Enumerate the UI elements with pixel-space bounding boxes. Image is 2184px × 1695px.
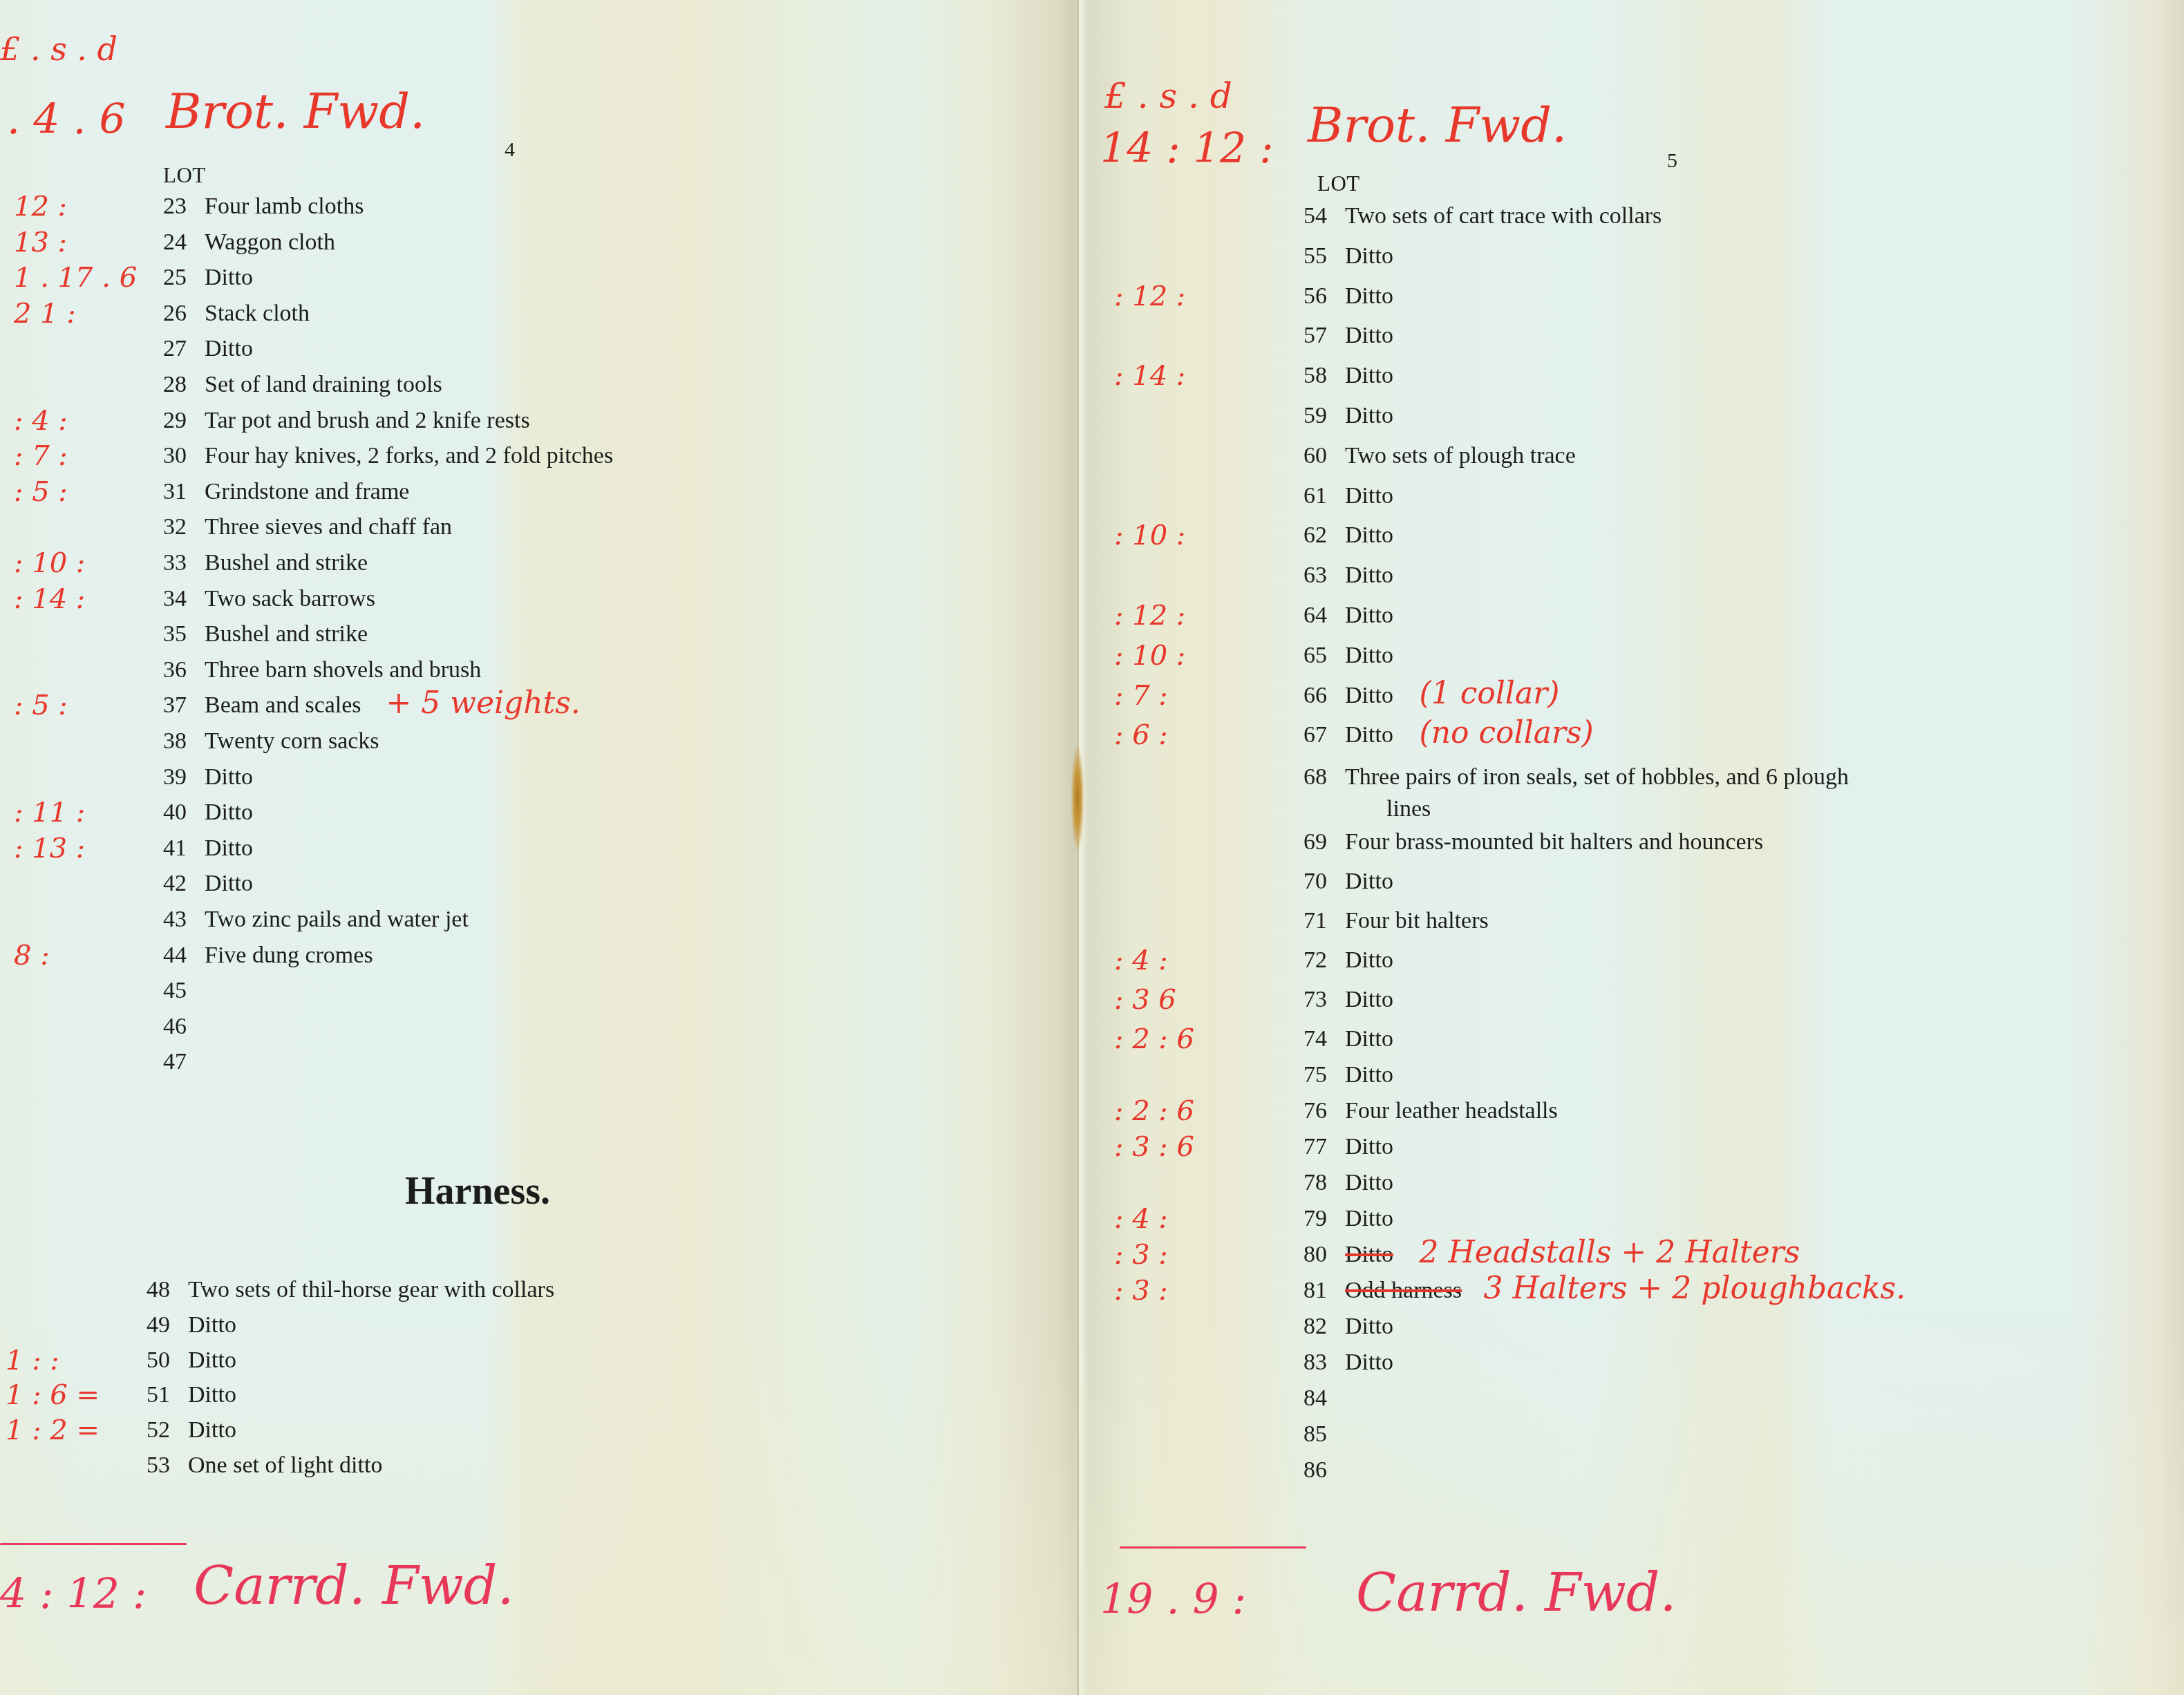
lot-number: 31: [163, 479, 205, 505]
lot-description: Tar pot and brush and 2 knife rests: [205, 408, 530, 434]
lot-number: 63: [1303, 562, 1345, 589]
total-rule: [1120, 1546, 1306, 1549]
lot-description: Ditto: [1345, 683, 1393, 709]
lot-number: 69: [1303, 829, 1345, 855]
handwritten-price: 1 . 17 . 6: [14, 262, 137, 294]
handwritten-price: : 2 : 6: [1114, 1023, 1194, 1055]
lot-number: 70: [1303, 869, 1345, 895]
handwritten-price: : 10 :: [14, 547, 85, 579]
lot-description: Ditto: [205, 835, 253, 862]
handwritten-annotation: (1 collar): [1420, 676, 1560, 711]
lot-number: 86: [1303, 1457, 1345, 1484]
lot-number: 76: [1303, 1098, 1345, 1124]
lot-description: Three sieves and chaff fan: [205, 514, 452, 540]
lot-description: Ditto: [1345, 283, 1393, 310]
lot-number: 54: [1303, 203, 1345, 229]
handwritten-price: : 4 :: [14, 405, 68, 437]
lot-number: 46: [163, 1014, 205, 1040]
lot-description: Two sets of cart trace with collars: [1345, 203, 1661, 229]
brought-forward-amount: . 4 . 6: [7, 95, 126, 144]
lot-column-header: LOT: [1317, 171, 1360, 196]
lot-description: Ditto: [1345, 1314, 1393, 1340]
lot-number: 82: [1303, 1314, 1345, 1340]
lot-description: Ditto: [1345, 1026, 1393, 1052]
section-title-harness: Harness.: [405, 1169, 550, 1213]
lot-number: 59: [1303, 403, 1345, 429]
lot-number: 37: [163, 692, 205, 719]
lot-number: 84: [1303, 1385, 1345, 1412]
lot-description: Ditto: [1345, 1062, 1393, 1088]
right-page: £ . s . d 14 : 12 : Brot. Fwd. 5 LOT 54T…: [1080, 0, 2184, 1695]
lot-description: Four leather headstalls: [1345, 1098, 1558, 1124]
lot-number: 65: [1303, 643, 1345, 669]
lot-number: 51: [147, 1382, 188, 1408]
handwritten-price: 13 :: [14, 227, 67, 258]
lot-description: Stack cloth: [205, 301, 310, 327]
lot-number: 45: [163, 978, 205, 1004]
handwritten-price: : 6 :: [1114, 719, 1168, 751]
lot-number: 23: [163, 193, 205, 220]
lot-description: Odd harness: [1345, 1278, 1462, 1304]
handwritten-price: : 10 :: [1114, 640, 1185, 672]
handwritten-annotation: (no collars): [1420, 715, 1594, 750]
lot-number: 61: [1303, 483, 1345, 509]
lot-description: Ditto: [1345, 603, 1393, 629]
lot-number: 71: [1303, 908, 1345, 934]
lot-description: Set of land draining tools: [205, 372, 442, 398]
lot-description: Ditto: [205, 265, 253, 291]
handwritten-price: 1 : 6 =: [6, 1379, 100, 1411]
handwritten-price: : 12 :: [1114, 600, 1185, 632]
handwritten-price: : 14 :: [14, 583, 85, 615]
lot-description: Two zinc pails and water jet: [205, 907, 469, 933]
lot-description: Ditto: [205, 871, 253, 897]
lot-number: 58: [1303, 363, 1345, 389]
handwritten-annotation: 2 Headstalls + 2 Halters: [1420, 1235, 1800, 1270]
lot-number: 78: [1303, 1170, 1345, 1196]
lot-number: 24: [163, 229, 205, 256]
lot-description: Ditto: [1345, 1242, 1393, 1268]
handwritten-price: : 2 : 6: [1114, 1095, 1194, 1127]
lot-number: 26: [163, 301, 205, 327]
lot-number: 29: [163, 408, 205, 434]
lot-number: 62: [1303, 522, 1345, 549]
lot-description: Ditto: [188, 1312, 236, 1338]
lot-number: 81: [1303, 1278, 1345, 1304]
lot-number: 30: [163, 443, 205, 469]
handwritten-price: : 3 : 6: [1114, 1131, 1194, 1163]
lot-number: 55: [1303, 243, 1345, 269]
lot-description: Ditto: [205, 799, 253, 826]
brought-forward-label: Brot. Fwd.: [166, 83, 425, 140]
lot-description: Four bit halters: [1345, 908, 1489, 934]
page-number: 5: [1667, 149, 1677, 173]
handwritten-price: : 11 :: [14, 797, 85, 828]
lot-number: 28: [163, 372, 205, 398]
lot-number: 68: [1303, 764, 1345, 790]
lot-description: Ditto: [205, 764, 253, 790]
handwritten-annotation: + 5 weights.: [386, 685, 581, 721]
brought-forward-label: Brot. Fwd.: [1308, 97, 1567, 153]
lot-description: Ditto: [1345, 323, 1393, 349]
lot-description: Ditto: [1345, 562, 1393, 589]
lot-number: 48: [147, 1277, 188, 1303]
handwritten-price: : 14 :: [1114, 360, 1185, 392]
handwritten-price: : 7 :: [14, 440, 68, 472]
lot-number: 49: [147, 1312, 188, 1338]
lot-description: Ditto: [1345, 522, 1393, 549]
lot-number: 44: [163, 943, 205, 969]
lot-column-header: LOT: [163, 163, 206, 188]
lot-description: Beam and scales: [205, 692, 361, 719]
handwritten-price: : 7 :: [1114, 680, 1168, 712]
lot-description: Ditto: [1345, 722, 1393, 748]
currency-header: £ . s . d: [0, 30, 117, 68]
lot-number: 25: [163, 265, 205, 291]
handwritten-price: : 4 :: [1114, 945, 1168, 976]
lot-description: Bushel and strike: [205, 621, 368, 647]
carried-forward-label: Carrd. Fwd.: [1356, 1562, 1677, 1623]
handwritten-price: : 4 :: [1114, 1203, 1168, 1235]
lot-description: Ditto: [1345, 947, 1393, 974]
currency-header: £ . s . d: [1104, 76, 1232, 116]
lot-description: Four brass-mounted bit halters and hounc…: [1345, 829, 1763, 855]
lot-description: Four hay knives, 2 forks, and 2 fold pit…: [205, 443, 613, 469]
lot-number: 74: [1303, 1026, 1345, 1052]
lot-number: 53: [147, 1452, 188, 1479]
lot-number: 79: [1303, 1206, 1345, 1232]
total-rule: [0, 1543, 187, 1545]
lot-number: 35: [163, 621, 205, 647]
lot-number: 64: [1303, 603, 1345, 629]
lot-description: Grindstone and frame: [205, 479, 409, 505]
lot-number: 77: [1303, 1134, 1345, 1160]
lot-description: Ditto: [1345, 483, 1393, 509]
lot-description: Ditto: [1345, 1206, 1393, 1232]
lot-description: Ditto: [1345, 1134, 1393, 1160]
handwritten-price: : 13 :: [14, 833, 85, 864]
lot-description: Four lamb cloths: [205, 193, 364, 220]
lot-description: Ditto: [1345, 243, 1393, 269]
handwritten-price: : 3 :: [1114, 1239, 1168, 1271]
lot-number: 33: [163, 550, 205, 576]
lot-number: 32: [163, 514, 205, 540]
lot-number: 39: [163, 764, 205, 790]
lot-number: 47: [163, 1049, 205, 1075]
handwritten-price: : 3 6: [1114, 984, 1176, 1016]
lot-number: 38: [163, 728, 205, 755]
brought-forward-amount: 14 : 12 :: [1100, 124, 1273, 173]
lot-number: 60: [1303, 443, 1345, 469]
handwritten-price: : 5 :: [14, 690, 68, 721]
lot-number: 40: [163, 799, 205, 826]
carried-forward-amount: 19 . 9 :: [1100, 1575, 1246, 1624]
lot-number: 36: [163, 657, 205, 683]
lot-description: Three pairs of iron seals, set of hobble…: [1345, 764, 1849, 790]
lot-description: Twenty corn sacks: [205, 728, 379, 755]
lot-number: 42: [163, 871, 205, 897]
lot-number: 73: [1303, 987, 1345, 1013]
handwritten-price: : 3 :: [1114, 1275, 1168, 1307]
lot-number: 85: [1303, 1421, 1345, 1448]
handwritten-annotation: 3 Halters + 2 ploughbacks.: [1484, 1271, 1906, 1306]
lot-number: 75: [1303, 1062, 1345, 1088]
lot-description: Ditto: [1345, 987, 1393, 1013]
lot-number: 43: [163, 907, 205, 933]
lot-description: Ditto: [188, 1417, 236, 1443]
handwritten-price: : 5 :: [14, 476, 68, 508]
lot-number: 34: [163, 586, 205, 612]
lot-description: Two sets of thil-horse gear with collars: [188, 1277, 554, 1303]
handwritten-price: 12 :: [14, 191, 67, 222]
handwritten-price: 2 1 :: [14, 298, 76, 330]
carried-forward-amount: 4 : 12 :: [0, 1570, 147, 1618]
lot-number: 41: [163, 835, 205, 862]
handwritten-price: : 12 :: [1114, 281, 1185, 312]
lot-description: Three barn shovels and brush: [205, 657, 481, 683]
lot-number: 57: [1303, 323, 1345, 349]
lot-description: Ditto: [1345, 403, 1393, 429]
lot-description: Two sack barrows: [205, 586, 375, 612]
lot-description: Ditto: [1345, 1170, 1393, 1196]
lot-description: Ditto: [205, 336, 253, 362]
lot-number: 56: [1303, 283, 1345, 310]
lot-description: Ditto: [1345, 869, 1393, 895]
lot-number: 80: [1303, 1242, 1345, 1268]
lot-description: One set of light ditto: [188, 1452, 382, 1479]
lot-description: Two sets of plough trace: [1345, 443, 1576, 469]
lot-number: 50: [147, 1347, 188, 1374]
lot-description: Bushel and strike: [205, 550, 368, 576]
lot-description: Ditto: [1345, 363, 1393, 389]
lot-number: 67: [1303, 722, 1345, 748]
handwritten-price: 8 :: [14, 940, 50, 972]
carried-forward-label: Carrd. Fwd.: [194, 1555, 514, 1616]
left-page: £ . s . d . 4 . 6 Brot. Fwd. 4 LOT 23Fou…: [0, 0, 1077, 1695]
handwritten-price: 1 : :: [6, 1345, 59, 1376]
lot-number: 72: [1303, 947, 1345, 974]
handwritten-price: 1 : 2 =: [6, 1414, 100, 1446]
lot-description: Ditto: [1345, 1350, 1393, 1376]
page-number: 4: [505, 138, 515, 162]
lot-number: 83: [1303, 1350, 1345, 1376]
lot-description: Five dung cromes: [205, 943, 373, 969]
lot-description: Ditto: [1345, 643, 1393, 669]
lot-number: 66: [1303, 683, 1345, 709]
lot-number: 52: [147, 1417, 188, 1443]
lot-description: Waggon cloth: [205, 229, 335, 256]
handwritten-price: : 10 :: [1114, 520, 1185, 551]
lot-description: Ditto: [188, 1382, 236, 1408]
lot-number: 27: [163, 336, 205, 362]
lot-description-continuation: lines: [1386, 796, 1431, 822]
lot-description: Ditto: [188, 1347, 236, 1374]
